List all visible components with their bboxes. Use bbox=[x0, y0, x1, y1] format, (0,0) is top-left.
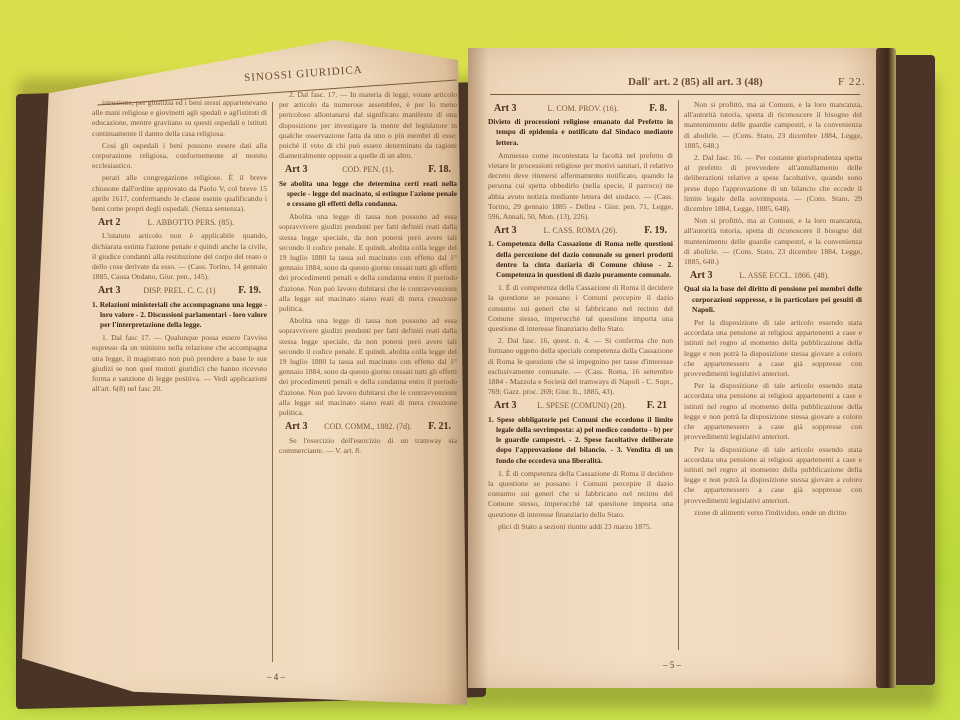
paragraph: Per la disposizione di tale articolo ess… bbox=[684, 318, 862, 379]
article-subtitle: L. CASS. ROMA (26). bbox=[544, 226, 618, 236]
right-page: Dall' art. 2 (85) all art. 3 (48) F 22. … bbox=[468, 48, 880, 688]
article-summary: 1. Relazioni ministeriali che accompagna… bbox=[92, 300, 267, 331]
article-heading: Art 3 L. ASSE ECCL. 1866. (48). bbox=[684, 271, 862, 281]
book-spine-edge bbox=[876, 48, 896, 688]
article-summary: Qual sia la base del diritto di pensione… bbox=[684, 284, 862, 315]
article-subtitle: COD. PEN. (1). bbox=[342, 165, 393, 175]
paragraph: 1. È di competenza della Cassazione di R… bbox=[488, 283, 673, 334]
article-folio: F. 18. bbox=[428, 165, 451, 175]
paragraph: Ammesso come incontestata la facoltà nel… bbox=[488, 151, 673, 222]
article-heading: Art 3 L. SPESE (COMUNI) (28). F. 21 bbox=[488, 401, 673, 411]
article-label: Art 2 bbox=[98, 218, 121, 228]
paragraph: perari alle congregazione religiose. È i… bbox=[92, 173, 267, 214]
page-number-left: – 4 – bbox=[267, 672, 285, 682]
article-label: Art 3 bbox=[690, 271, 713, 281]
paragraph: zione di alimenti verso l'individuo, ond… bbox=[684, 508, 862, 518]
article-label: Art 3 bbox=[494, 401, 517, 411]
page-number-right: – 5 – bbox=[663, 660, 681, 670]
article-subtitle: L. ABBOTTO PERS. (85). bbox=[147, 218, 234, 228]
left-page: SINOSSI GIURIDICA istruzione, per giusti… bbox=[22, 40, 467, 705]
article-folio: F. 19. bbox=[238, 286, 261, 296]
article-summary: 1. Competenza della Cassazione di Roma n… bbox=[488, 239, 673, 280]
folio-head: F 22. bbox=[838, 76, 866, 88]
right-page-column-1: Art 3 L. COM. PROV. (16). F. 8. Divieto … bbox=[488, 100, 673, 655]
article-summary: Se abolita una legge che determina certi… bbox=[279, 179, 457, 210]
article-heading: Art 3 COD. PEN. (1). F. 18. bbox=[279, 165, 457, 175]
paragraph: Non si profittò, ma ai Comuni, e la loro… bbox=[684, 100, 862, 151]
article-folio: F. 21 bbox=[647, 401, 667, 411]
article-label: Art 3 bbox=[285, 165, 308, 175]
left-page-column-2: 2. Dal fasc. 17. — In materia di leggi, … bbox=[279, 90, 457, 645]
article-folio: F. 21. bbox=[428, 422, 451, 432]
paragraph: Per la disposizione di tale articolo ess… bbox=[684, 445, 862, 506]
paragraph: Se l'esercizio dell'esercizio di un tram… bbox=[279, 436, 457, 456]
paragraph: Abolita una legge di tassa non possono a… bbox=[279, 212, 457, 314]
paragraph: istruzione, per giustizia ed i beni stes… bbox=[92, 98, 267, 139]
paragraph: 2. Dal fasc. 16, quest. n. 4. — Si confe… bbox=[488, 336, 673, 397]
article-folio: F. 8. bbox=[649, 104, 667, 114]
paragraph: Non si profittò, ma ai Comuni, e la loro… bbox=[684, 216, 862, 267]
right-page-column-2: Non si profittò, ma ai Comuni, e la loro… bbox=[684, 100, 862, 655]
paragraph: Abolita una legge di tassa non possono a… bbox=[279, 316, 457, 418]
article-heading: Art 2 L. ABBOTTO PERS. (85). bbox=[92, 218, 267, 228]
article-label: Art 3 bbox=[285, 422, 308, 432]
article-label: Art 3 bbox=[98, 286, 121, 296]
article-heading: Art 3 L. COM. PROV. (16). F. 8. bbox=[488, 104, 673, 114]
article-heading: Art 3 L. CASS. ROMA (26). F. 19. bbox=[488, 226, 673, 236]
article-subtitle: L. SPESE (COMUNI) (28). bbox=[537, 401, 626, 411]
paragraph: Cosi gli ospedali i beni possono essere … bbox=[92, 141, 267, 172]
article-label: Art 3 bbox=[494, 226, 517, 236]
article-subtitle: L. COM. PROV. (16). bbox=[548, 104, 619, 114]
article-subtitle: COD. COMM., 1882. (7d). bbox=[324, 422, 412, 432]
column-divider-left bbox=[272, 102, 273, 662]
running-head-left: SINOSSI GIURIDICA bbox=[244, 64, 363, 84]
paragraph: L'istatuto articolo non è applicabile qu… bbox=[92, 231, 267, 282]
running-head-right: Dall' art. 2 (85) all art. 3 (48) bbox=[628, 76, 763, 88]
article-heading: Art 3 DISP. PREL. C. C. (1) F. 19. bbox=[92, 286, 267, 296]
article-heading: Art 3 COD. COMM., 1882. (7d). F. 21. bbox=[279, 422, 457, 432]
article-subtitle: L. ASSE ECCL. 1866. (48). bbox=[739, 271, 829, 281]
article-summary: 1. Spese obbligatorie pei Comuni che ecc… bbox=[488, 415, 673, 466]
article-folio: F. 19. bbox=[644, 226, 667, 236]
paragraph: 2. Dal fasc. 17. — In materia di leggi, … bbox=[279, 90, 457, 161]
paragraph: 1. È di competenza della Cassazione di R… bbox=[488, 469, 673, 520]
article-label: Art 3 bbox=[494, 104, 517, 114]
article-subtitle: DISP. PREL. C. C. (1) bbox=[143, 286, 215, 296]
article-summary: Divieto di processioni religiose emanato… bbox=[488, 117, 673, 148]
left-page-column-1: istruzione, per giustizia ed i beni stes… bbox=[92, 98, 267, 658]
header-rule-right bbox=[490, 94, 860, 95]
paragraph: 2. Dal fasc. 16. — Per costante giurispr… bbox=[684, 153, 862, 214]
paragraph: plici di Stato a sezioni riunite addi 23… bbox=[488, 522, 673, 532]
paragraph: 1. Dal fasc 17. — Qualunque possa essere… bbox=[92, 333, 267, 394]
paragraph: Per la disposizione di tale articolo ess… bbox=[684, 381, 862, 442]
column-divider-right bbox=[678, 100, 679, 650]
